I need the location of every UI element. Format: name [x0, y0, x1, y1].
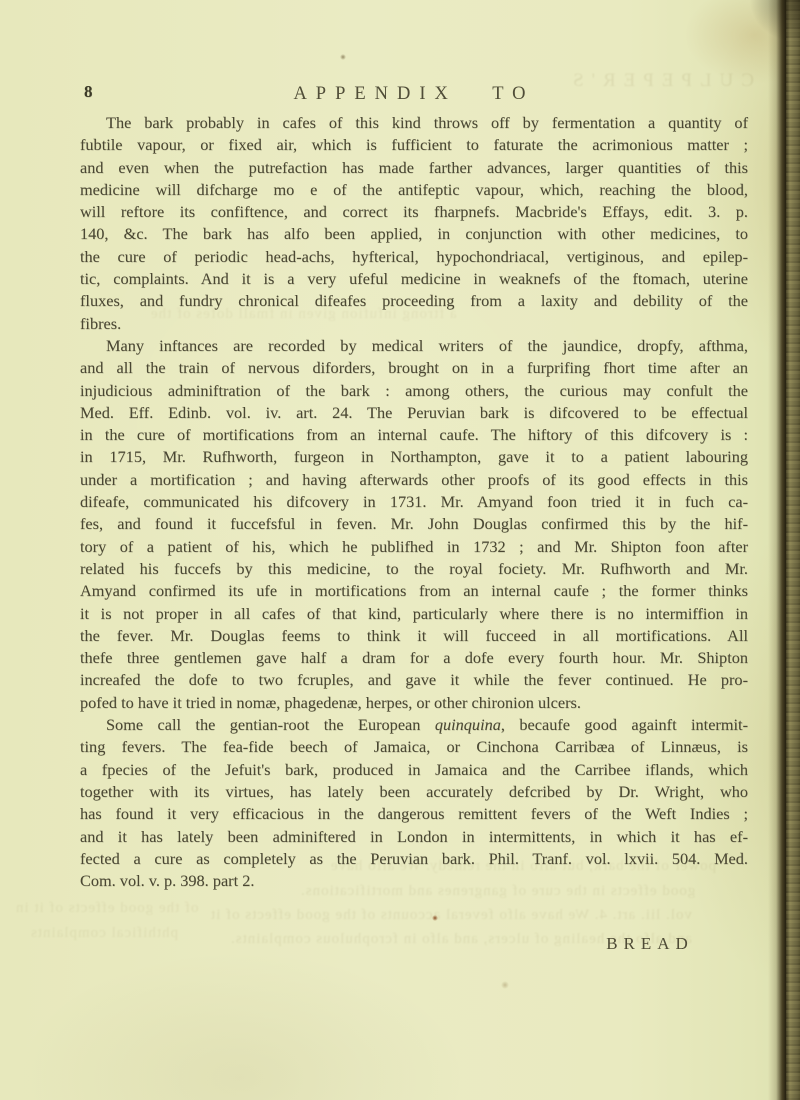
body-text: The bark probably in cafes of this kind …: [80, 112, 748, 892]
text-line: in 1715, Mr. Rufhworth, furgeon in North…: [80, 446, 748, 468]
paragraph: The bark probably in cafes of this kind …: [80, 112, 748, 335]
text-line: and even when the putrefaction has made …: [80, 157, 748, 179]
show-through-text: phthifical complaints: [30, 925, 178, 942]
page-gutter-shadow: [768, 0, 786, 1100]
text-line: will reftore its confiftence, and correc…: [80, 201, 748, 223]
text-line: medicine will difcharge mo e of the anti…: [80, 179, 748, 201]
catchword: BREAD: [560, 934, 740, 954]
text-line: fubtile vapour, or fixed air, which is f…: [80, 134, 748, 156]
text-line: The bark probably in cafes of this kind …: [80, 112, 748, 134]
text-line: the cure of periodic head-achs, hyfteric…: [80, 246, 748, 268]
text-line: under a mortification ; and having after…: [80, 469, 748, 491]
text-line: pofed to have it tried in nomæ, phageden…: [80, 692, 748, 714]
text-line: together with its virtues, has lately be…: [80, 781, 748, 803]
text-line: fluxes, and fundry chronical difeafes pr…: [80, 290, 748, 312]
text-line: fes, and found it fuccefsful in feven. M…: [80, 513, 748, 535]
text-line: in the cure of mortifications from an in…: [80, 424, 748, 446]
text-line: fibres.: [80, 313, 748, 335]
text-line: and all the train of nervous diforders, …: [80, 357, 748, 379]
paragraph: Some call the gentian-root the European …: [80, 714, 748, 892]
text-line: a fpecies of the Jefuit's bark, produced…: [80, 759, 748, 781]
show-through-text: of the good effects of it in: [15, 900, 199, 917]
book-page-scan: CULPEPER'Sa ftrong infufion given in fma…: [0, 0, 800, 1100]
running-head: APPENDIX TO: [80, 84, 748, 105]
fore-edge-streaks: [786, 0, 800, 1100]
text-line: Amyand confirmed its ufe in mortificatio…: [80, 580, 748, 602]
text-line: has found it very efficacious in the dan…: [80, 803, 748, 825]
text-line: the fever. Mr. Douglas feems to think it…: [80, 625, 748, 647]
text-line: Some call the gentian-root the European …: [80, 714, 748, 736]
text-line: tory of a patient of his, which he publi…: [80, 536, 748, 558]
text-line: Med. Eff. Edinb. vol. iv. art. 24. The P…: [80, 402, 748, 424]
text-line: Com. vol. v. p. 398. part 2.: [80, 870, 748, 892]
text-line: tic, complaints. And it is a very ufeful…: [80, 268, 748, 290]
text-line: Many inftances are recorded by medical w…: [80, 335, 748, 357]
text-line: injudicious adminiftration of the bark :…: [80, 380, 748, 402]
text-line: ting fevers. The fea-fide beech of Jamai…: [80, 736, 748, 758]
text-line: 140, &c. The bark has alfo been applied,…: [80, 223, 748, 245]
text-line: increafed the dofe to two fcruples, and …: [80, 669, 748, 691]
text-line: fected a cure as completely as the Peruv…: [80, 848, 748, 870]
corner-shadow: [742, 0, 800, 70]
text-line: and it has lately been adminiftered in L…: [80, 826, 748, 848]
text-line: it is not proper in all cafes of that ki…: [80, 603, 748, 625]
text-line: difeafe, communicated his difcovery in 1…: [80, 491, 748, 513]
paragraph: Many inftances are recorded by medical w…: [80, 335, 748, 714]
show-through-text: vol. lii. art. 4. We have alfo feveral a…: [210, 907, 692, 924]
text-line: related his fuccefs by this medicine, to…: [80, 558, 748, 580]
text-line: thefe three gentlemen gave half a dram f…: [80, 647, 748, 669]
